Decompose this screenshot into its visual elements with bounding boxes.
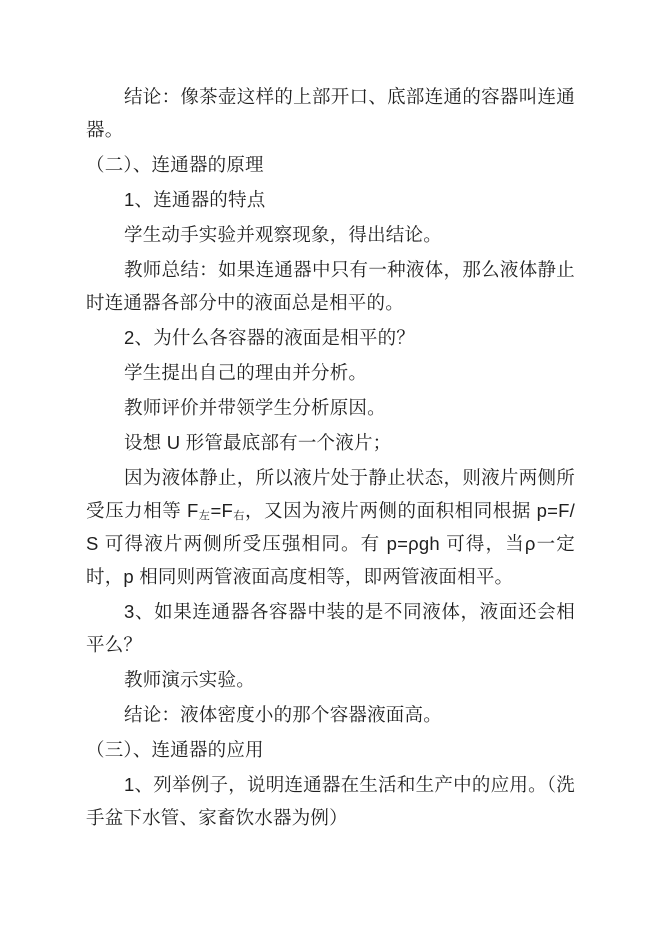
para-conclusion-density: 结论：液体密度小的那个容器液面高。 — [86, 698, 575, 731]
heading-section-two: （二）、连通器的原理 — [86, 148, 575, 181]
text-run: 1、列举例子，说明连通器在生活和生产中的应用。（洗手盆下水管、家畜饮水器为例） — [86, 774, 575, 828]
text-run: 结论：液体密度小的那个容器液面高。 — [124, 704, 442, 725]
text-run: 教师评价并带领学生分析原因。 — [124, 397, 386, 418]
text-run: 设想 U 形管最底部有一个液片； — [124, 432, 391, 453]
text-run: 结论：像茶壶这样的上部开口、底部连通的容器叫连通器。 — [86, 86, 575, 140]
para-conclusion-teapot: 结论：像茶壶这样的上部开口、底部连通的容器叫连通器。 — [86, 80, 575, 146]
para-student-experiment: 学生动手实验并观察现象，得出结论。 — [86, 218, 575, 251]
text-run: 教师演示实验。 — [124, 669, 255, 690]
item-1-features: 1、连通器的特点 — [86, 183, 575, 216]
para-derivation: 因为液体静止，所以液片处于静止状态，则液片两侧所受压力相等 F左=F右，又因为液… — [86, 461, 575, 593]
document-page: 结论：像茶壶这样的上部开口、底部连通的容器叫连通器。（二）、连通器的原理1、连通… — [0, 0, 661, 935]
subscript-run: 左 — [199, 510, 211, 522]
heading-section-three: （三）、连通器的应用 — [86, 733, 575, 766]
text-run: 1、连通器的特点 — [124, 189, 265, 210]
text-run: =F — [210, 500, 233, 521]
item-1-applications: 1、列举例子，说明连通器在生活和生产中的应用。（洗手盆下水管、家畜饮水器为例） — [86, 768, 575, 834]
text-run: （三）、连通器的应用 — [86, 739, 264, 760]
text-run: 教师总结：如果连通器中只有一种液体，那么液体静止时连通器各部分中的液面总是相平的… — [86, 259, 575, 313]
text-run: 学生提出自己的理由并分析。 — [124, 362, 367, 383]
item-2-question-level: 2、为什么各容器的液面是相平的？ — [86, 321, 575, 354]
para-student-reasons: 学生提出自己的理由并分析。 — [86, 356, 575, 389]
text-run: 3、如果连通器各容器中装的是不同液体，液面还会相平么？ — [86, 601, 575, 655]
text-run: 2、为什么各容器的液面是相平的？ — [124, 327, 415, 348]
subscript-run: 右 — [233, 510, 245, 522]
item-3-question-different-liquids: 3、如果连通器各容器中装的是不同液体，液面还会相平么？ — [86, 595, 575, 661]
para-teacher-demo: 教师演示实验。 — [86, 663, 575, 696]
para-teacher-summary: 教师总结：如果连通器中只有一种液体，那么液体静止时连通器各部分中的液面总是相平的… — [86, 253, 575, 319]
text-run: （二）、连通器的原理 — [86, 154, 264, 175]
para-u-tube: 设想 U 形管最底部有一个液片； — [86, 426, 575, 459]
document-body: 结论：像茶壶这样的上部开口、底部连通的容器叫连通器。（二）、连通器的原理1、连通… — [86, 80, 575, 834]
text-run: 学生动手实验并观察现象，得出结论。 — [124, 224, 442, 245]
para-teacher-evaluate: 教师评价并带领学生分析原因。 — [86, 391, 575, 424]
